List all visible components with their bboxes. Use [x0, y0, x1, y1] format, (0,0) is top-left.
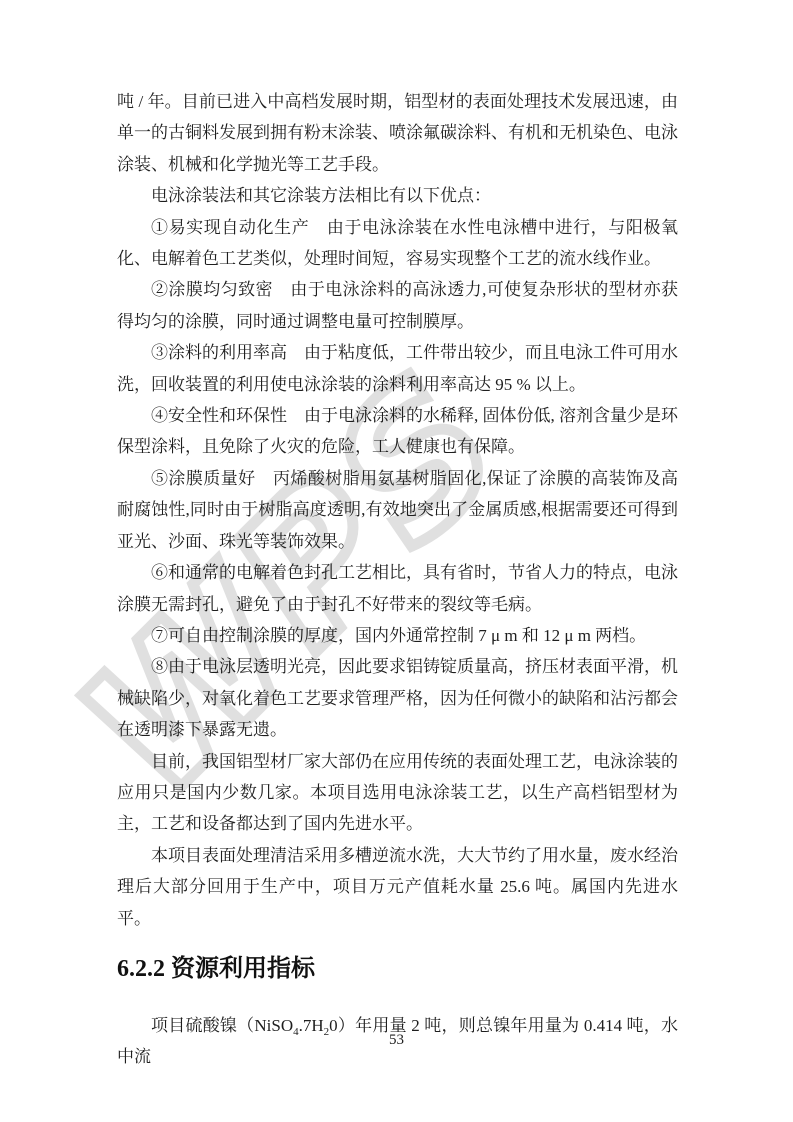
section-heading: 6.2.2 资源利用指标	[117, 952, 678, 986]
advantage-item-3: ③涂料的利用率高 由于粘度低，工件带出较少，而且电泳工件可用水洗，回收装置的利用…	[117, 337, 678, 400]
paragraph-intro: 吨 / 年。目前已进入中高档发展时期，铝型材的表面处理技术发展迅速，由单一的古铜…	[117, 86, 678, 180]
advantage-item-4: ④安全性和环保性 由于电泳涂料的水稀释, 固体份低, 溶剂含量少是环保型涂料，且…	[117, 400, 678, 463]
advantage-item-2: ②涂膜均匀致密 由于电泳涂料的高泳透力,可使复杂形状的型材亦获得均匀的涂膜，同时…	[117, 274, 678, 337]
advantage-item-6: ⑥和通常的电解着色封孔工艺相比，具有省时，节省人力的特点，电泳涂膜无需封孔，避免…	[117, 557, 678, 620]
advantage-item-1: ①易实现自动化生产 由于电泳涂装在水性电泳槽中进行，与阳极氧化、电解着色工艺类似…	[117, 212, 678, 275]
advantage-item-5: ⑤涂膜质量好 丙烯酸树脂用氨基树脂固化,保证了涂膜的高装饰及高耐腐蚀性,同时由于…	[117, 463, 678, 557]
paragraph-current-status: 目前，我国铝型材厂家大部仍在应用传统的表面处理工艺，电泳涂装的应用只是国内少数几…	[117, 746, 678, 840]
document-page: { "document": { "watermark": "WPS", "par…	[0, 0, 793, 1122]
document-body: 吨 / 年。目前已进入中高档发展时期，铝型材的表面处理技术发展迅速，由单一的古铜…	[117, 86, 678, 1073]
page-number: 53	[0, 1032, 793, 1049]
advantage-item-8: ⑧由于电泳层透明光亮，因此要求铝铸锭质量高，挤压材表面平滑，机械缺陷少，对氧化着…	[117, 651, 678, 745]
paragraph-water-usage: 本项目表面处理清洁采用多槽逆流水洗，大大节约了用水量，废水经治理后大部分回用于生…	[117, 840, 678, 934]
paragraph-advantages-intro: 电泳涂装法和其它涂装方法相比有以下优点：	[117, 180, 678, 211]
advantage-item-7: ⑦可自由控制涂膜的厚度，国内外通常控制 7 μ m 和 12 μ m 两档。	[117, 620, 678, 651]
